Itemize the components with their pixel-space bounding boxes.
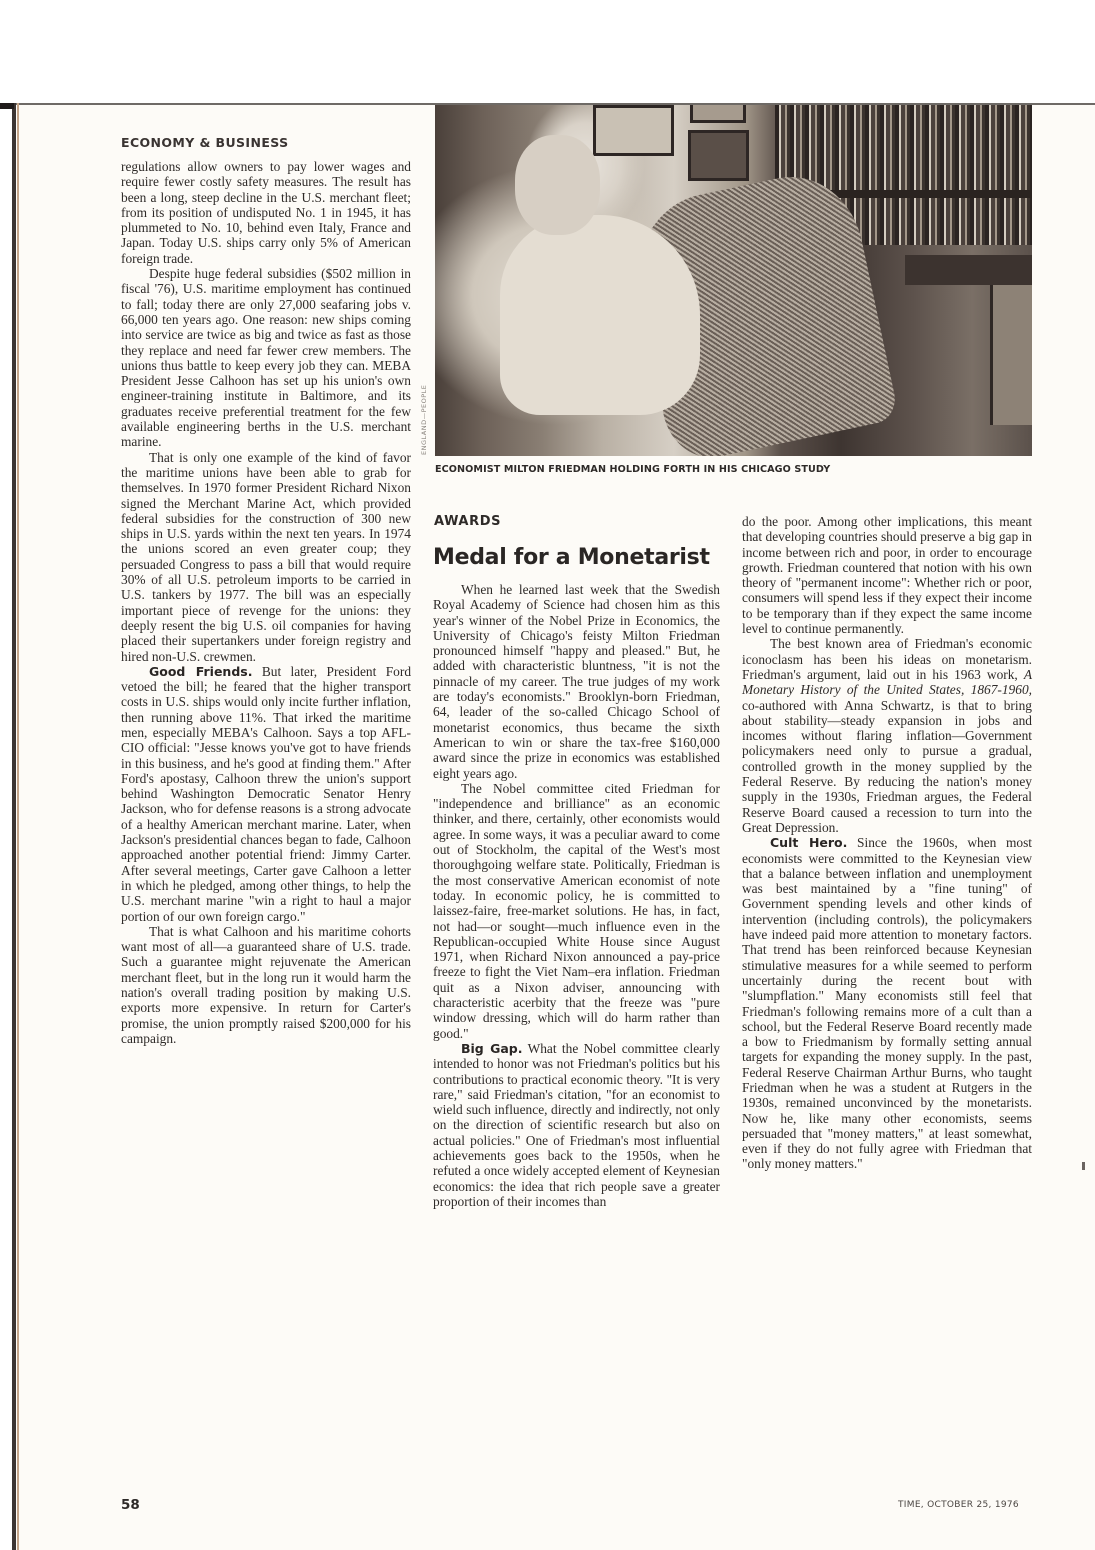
- paragraph: Despite huge federal subsidies ($502 mil…: [121, 266, 411, 450]
- article-kicker: AWARDS: [434, 514, 501, 529]
- subhead-runin: Good Friends.: [149, 664, 252, 679]
- binding-edge: [12, 103, 16, 1550]
- picture-frame-shape: [690, 105, 746, 123]
- section-label: ECONOMY & BUSINESS: [121, 135, 289, 150]
- binding-edge-shadow: [17, 103, 19, 1550]
- binding-tab: [0, 103, 14, 109]
- paragraph: The best known area of Friedman's econom…: [742, 636, 1032, 835]
- paragraph: regulations allow owners to pay lower wa…: [121, 159, 411, 266]
- picture-frame-shape: [688, 130, 749, 181]
- desk-shape: [905, 255, 1032, 285]
- paragraph: The Nobel committee cited Friedman for "…: [433, 781, 720, 1041]
- photo-credit: ENGLAND—PEOPLE: [420, 375, 432, 455]
- head-shape: [515, 135, 600, 235]
- awards-article-column-2: do the poor. Among other implications, t…: [742, 514, 1032, 1172]
- desk-drawer-shape: [990, 285, 1032, 425]
- paragraph: That is only one example of the kind of …: [121, 450, 411, 664]
- paragraph: That is what Calhoon and his maritime co…: [121, 924, 411, 1046]
- subhead-runin: Cult Hero.: [770, 835, 847, 850]
- article-headline: Medal for a Monetarist: [433, 545, 710, 570]
- paragraph: do the poor. Among other implications, t…: [742, 514, 1032, 636]
- picture-frame-shape: [593, 105, 674, 156]
- paragraph: Cult Hero. Since the 1960s, when most ec…: [742, 835, 1032, 1172]
- paragraph: When he learned last week that the Swedi…: [433, 582, 720, 781]
- friedman-photo: [435, 105, 1032, 456]
- paragraph: Big Gap. What the Nobel committee clearl…: [433, 1041, 720, 1209]
- paragraph: Good Friends. But later, President Ford …: [121, 664, 411, 924]
- issue-dateline: TIME, OCTOBER 25, 1976: [898, 1500, 1019, 1510]
- subhead-runin: Big Gap.: [461, 1041, 523, 1056]
- print-speck: [1082, 1162, 1085, 1170]
- maritime-article-column: regulations allow owners to pay lower wa…: [121, 159, 411, 1046]
- photo-caption: ECONOMIST MILTON FRIEDMAN HOLDING FORTH …: [435, 464, 830, 475]
- shirt-shape: [500, 215, 700, 415]
- awards-article-column-1: When he learned last week that the Swedi…: [433, 582, 720, 1209]
- page-number: 58: [121, 1497, 140, 1513]
